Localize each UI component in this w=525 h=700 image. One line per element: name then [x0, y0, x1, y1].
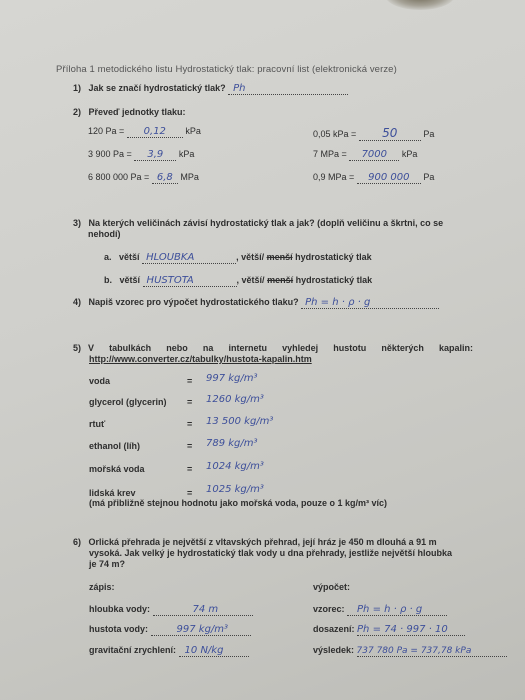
- q6-text-line1: Orlická přehrada je největší z vltavskýc…: [89, 537, 437, 547]
- q5-row-voda-eq: =: [187, 376, 192, 386]
- q5-row-krev-eq: =: [187, 488, 192, 498]
- q2-left-2-lhs: 3 900 Pa =: [88, 149, 132, 159]
- q1-answer: Ph: [228, 83, 245, 94]
- q5-row-morska-eq: =: [187, 464, 192, 474]
- q2-right-3-lhs: 0,9 MPa =: [313, 172, 354, 182]
- q5-row-rtut-label: rtuť: [89, 419, 105, 429]
- q6-zapis-label: zápis:: [89, 582, 115, 592]
- q3-b-answer: HUSTOTA: [143, 275, 194, 286]
- q6-hloubka-field[interactable]: 74 m: [153, 604, 253, 616]
- q4-number: 4): [73, 297, 81, 307]
- q2-left-2-field[interactable]: 3,9: [134, 149, 176, 161]
- q3-a-letter: a.: [104, 252, 112, 262]
- q6-vzorec-answer: Ph = h · ρ · g: [347, 604, 422, 615]
- q6-hloubka-answer: 74 m: [153, 604, 219, 615]
- q5-text: V tabulkách nebo na internetu vyhledej h…: [88, 343, 473, 353]
- q3-item-a: a. větší HLOUBKA, větší/ menší hydrostat…: [104, 252, 372, 264]
- q6-hloubka-label: hloubka vody:: [89, 604, 150, 614]
- q2-left-3-field[interactable]: 6,8: [152, 172, 178, 184]
- q2-right-3-field[interactable]: 900 000: [357, 172, 421, 184]
- q2-right-2-unit: kPa: [402, 149, 418, 159]
- q2-left-row-3: 6 800 000 Pa = 6,8 MPa: [88, 172, 199, 184]
- q5-row-morska-label: mořská voda: [89, 464, 145, 474]
- q2-left-1-lhs: 120 Pa =: [88, 126, 124, 136]
- q3-text-line1: Na kterých veličinách závisí hydrostatic…: [89, 218, 444, 228]
- q3-item-b: b. větší HUSTOTA, větší/ menší hydrostat…: [104, 275, 372, 287]
- q3-a-answer: HLOUBKA: [142, 252, 194, 263]
- question-1: 1) Jak se značí hydrostatický tlak? Ph: [73, 83, 348, 95]
- q2-right-row-1: 0,05 kPa = 50 Pa: [313, 126, 434, 141]
- q3-number: 3): [73, 218, 81, 228]
- q2-right-row-2: 7 MPa = 7000 kPa: [313, 149, 417, 161]
- q6-vypocet-vysledek: výsledek: 737 780 Pa = 737,78 kPa: [313, 645, 507, 657]
- q3-text-line2: nehodí): [88, 229, 121, 239]
- q3-a-suffix: , větší/: [236, 252, 264, 262]
- q6-dosazeni-field[interactable]: Ph = 74 · 997 · 10: [357, 624, 465, 636]
- q5-row-rtut-eq: =: [187, 419, 192, 429]
- q3-b-struck-word: menší: [267, 275, 293, 285]
- q2-left-3-answer: 6,8: [157, 172, 173, 183]
- q2-left-row-1: 120 Pa = 0,12 kPa: [88, 126, 201, 138]
- q3-b-suffix: , větší/: [237, 275, 265, 285]
- q5-row-krev-value: 1025 kg/m³: [206, 484, 264, 495]
- q5-row-glycerol-eq: =: [187, 397, 192, 407]
- q6-vysledek-answer: 737 780 Pa = 737,78 kPa: [357, 646, 472, 656]
- q3-a-prefix: větší: [119, 252, 140, 262]
- q6-hustota-label: hustota vody:: [89, 624, 148, 634]
- q5-row-morska-value: 1024 kg/m³: [206, 461, 264, 472]
- q6-number: 6): [73, 537, 81, 547]
- q5-row-glycerol-label: glycerol (glycerin): [89, 397, 167, 407]
- q6-hustota-answer: 997 kg/m³: [151, 624, 229, 635]
- worksheet-header: Příloha 1 metodického listu Hydrostatick…: [56, 64, 397, 75]
- q2-right-row-3: 0,9 MPa = 900 000 Pa: [313, 172, 434, 184]
- q3-a-tail: hydrostatický tlak: [295, 252, 372, 262]
- q2-right-3-unit: Pa: [423, 172, 434, 182]
- q5-note: (má přibližně stejnou hodnotu jako mořsk…: [89, 498, 387, 508]
- q2-right-1-field[interactable]: 50: [359, 126, 421, 141]
- q2-left-1-field[interactable]: 0,12: [127, 126, 183, 138]
- q6-zapis-hloubka: hloubka vody: 74 m: [89, 604, 253, 616]
- q6-vysledek-field[interactable]: 737 780 Pa = 737,78 kPa: [357, 645, 507, 657]
- q2-left-2-answer: 3,9: [147, 149, 163, 160]
- q5-number: 5): [73, 343, 81, 353]
- q2-right-2-field[interactable]: 7000: [349, 149, 399, 161]
- q6-vzorec-field[interactable]: Ph = h · ρ · g: [347, 604, 447, 616]
- q3-b-prefix: větší: [120, 275, 141, 285]
- q2-left-1-answer: 0,12: [144, 126, 166, 137]
- q2-right-3-answer: 900 000: [368, 172, 409, 183]
- question-6: 6) Orlická přehrada je největší z vltavs…: [73, 537, 437, 547]
- q2-left-1-unit: kPa: [185, 126, 201, 136]
- q4-answer-field[interactable]: Ph = h · ρ · g: [301, 297, 439, 309]
- question-4: 4) Napiš vzorec pro výpočet hydrostatick…: [73, 297, 439, 309]
- q6-gravitace-field[interactable]: 10 N/kg: [179, 645, 249, 657]
- q6-gravitace-label: gravitační zrychlení:: [89, 645, 176, 655]
- q2-right-1-lhs: 0,05 kPa =: [313, 129, 356, 139]
- q6-vypocet-dosazeni: dosazení: Ph = 74 · 997 · 10: [313, 624, 465, 636]
- q1-text: Jak se značí hydrostatický tlak?: [89, 83, 226, 93]
- question-3: 3) Na kterých veličinách závisí hydrosta…: [73, 218, 443, 228]
- q3-a-field[interactable]: HLOUBKA: [142, 252, 236, 264]
- q5-link[interactable]: http://www.converter.cz/tabulky/hustota-…: [89, 354, 312, 364]
- q6-zapis-gravitace: gravitační zrychlení: 10 N/kg: [89, 645, 249, 657]
- q2-left-3-lhs: 6 800 000 Pa =: [88, 172, 149, 182]
- q3-b-letter: b.: [104, 275, 112, 285]
- q3-b-tail: hydrostatický tlak: [296, 275, 373, 285]
- q6-dosazeni-label: dosazení:: [313, 624, 355, 634]
- q4-answer: Ph = h · ρ · g: [301, 297, 370, 308]
- q6-text-line2: vysoká. Jak velký je hydrostatický tlak …: [89, 548, 452, 558]
- q6-vzorec-label: vzorec:: [313, 604, 345, 614]
- q1-number: 1): [73, 83, 81, 93]
- q6-dosazeni-answer: Ph = 74 · 997 · 10: [357, 624, 448, 635]
- q2-left-3-unit: MPa: [180, 172, 199, 182]
- q5-row-ethanol-value: 789 kg/m³: [206, 438, 258, 449]
- question-5: 5) V tabulkách nebo na internetu vyhlede…: [73, 343, 473, 353]
- q2-number: 2): [73, 107, 81, 117]
- q5-row-ethanol-label: ethanol (líh): [89, 441, 140, 451]
- q5-row-krev-label: lidská krev: [89, 488, 136, 498]
- q5-row-voda-label: voda: [89, 376, 110, 386]
- q3-b-field[interactable]: HUSTOTA: [143, 275, 237, 287]
- q5-row-voda-value: 997 kg/m³: [206, 373, 258, 384]
- question-2: 2) Převeď jednotky tlaku:: [73, 107, 186, 117]
- q3-a-struck-word: menší: [267, 252, 293, 262]
- q5-row-glycerol-value: 1260 kg/m³: [206, 394, 264, 405]
- q6-vypocet-vzorec: vzorec: Ph = h · ρ · g: [313, 604, 447, 616]
- q1-answer-field[interactable]: Ph: [228, 83, 348, 95]
- q6-vysledek-label: výsledek:: [313, 645, 354, 655]
- q6-vypocet-label: výpočet:: [313, 582, 350, 592]
- q2-right-1-answer: 50: [382, 126, 397, 140]
- q2-right-2-lhs: 7 MPa =: [313, 149, 347, 159]
- background-shadow: [385, 0, 455, 10]
- q2-right-1-unit: Pa: [423, 129, 434, 139]
- q4-text: Napiš vzorec pro výpočet hydrostatického…: [89, 297, 299, 307]
- q2-text: Převeď jednotky tlaku:: [89, 107, 186, 117]
- q6-hustota-field[interactable]: 997 kg/m³: [151, 624, 251, 636]
- q2-left-row-2: 3 900 Pa = 3,9 kPa: [88, 149, 194, 161]
- q6-gravitace-answer: 10 N/kg: [179, 645, 224, 656]
- q6-text-line3: je 74 m?: [89, 559, 125, 569]
- q5-row-rtut-value: 13 500 kg/m³: [206, 416, 273, 427]
- q2-left-2-unit: kPa: [179, 149, 195, 159]
- q2-right-2-answer: 7000: [362, 149, 387, 160]
- q5-row-ethanol-eq: =: [187, 441, 192, 451]
- q6-zapis-hustota: hustota vody: 997 kg/m³: [89, 624, 251, 636]
